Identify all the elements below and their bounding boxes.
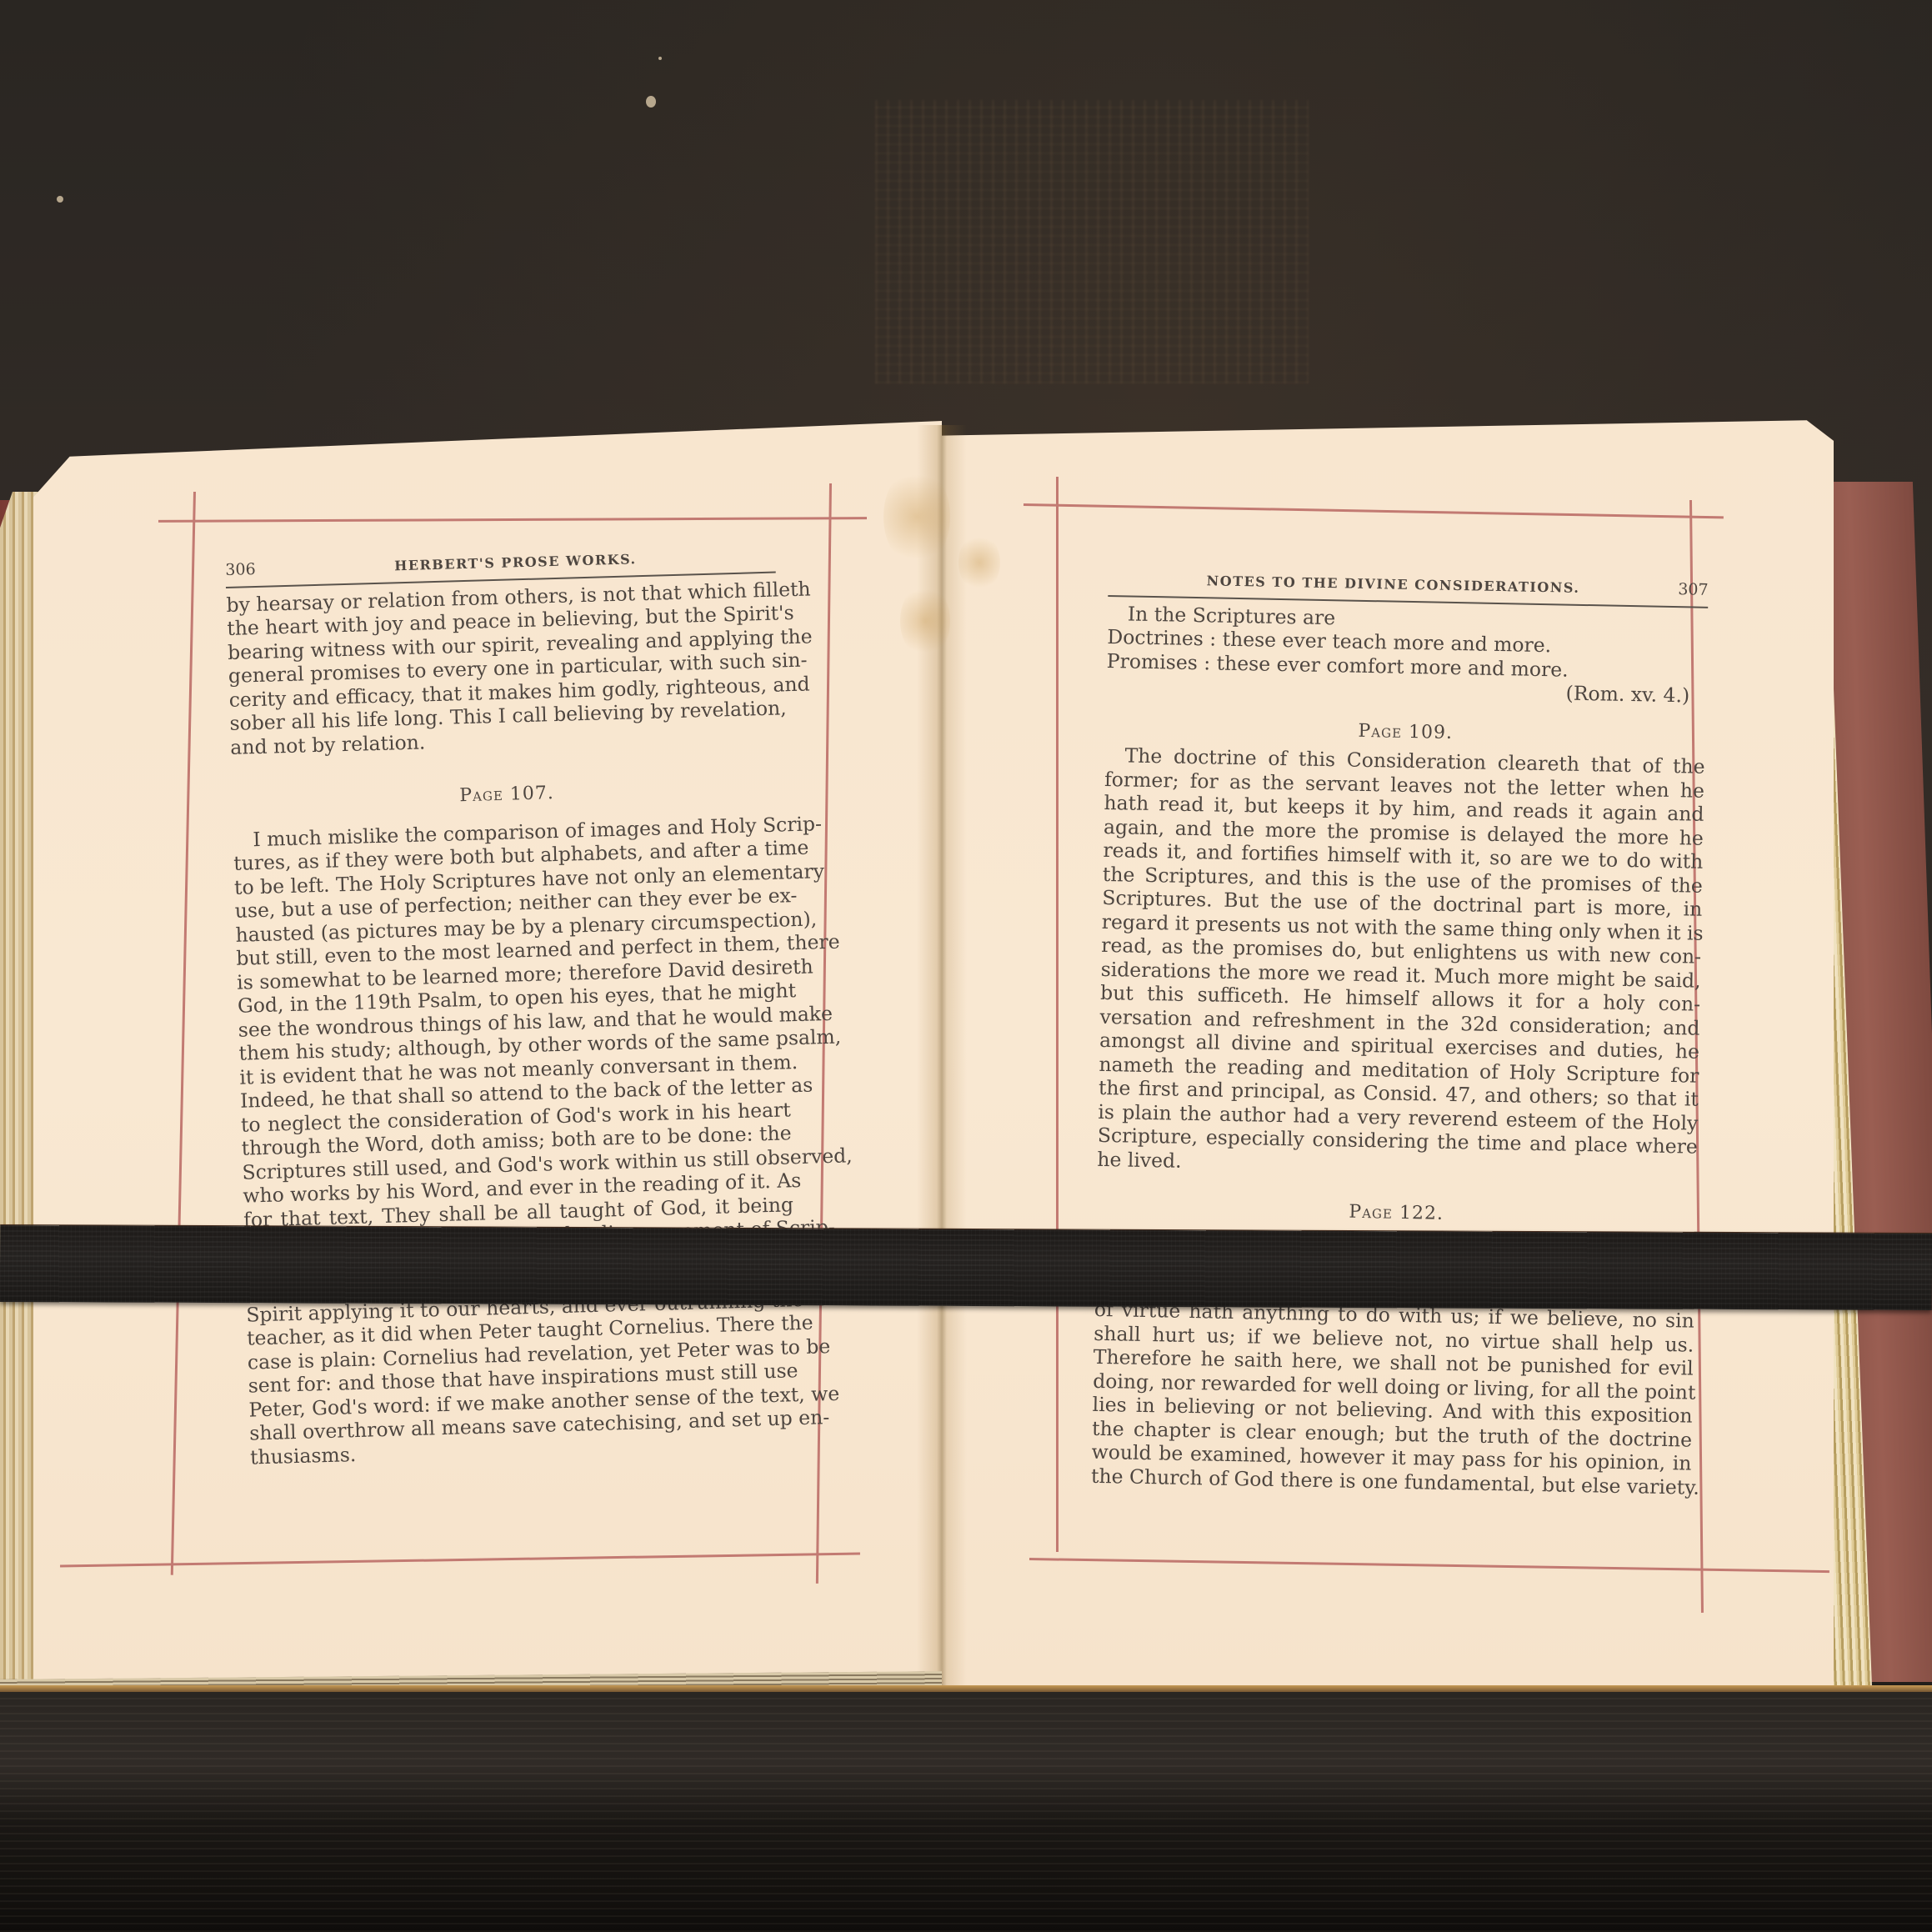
table-speck [57, 196, 63, 203]
elastic-strap [0, 1225, 1932, 1310]
table-speck [658, 57, 662, 60]
frame-rule-right-inner [1056, 477, 1059, 1552]
foxing-stain [883, 467, 950, 567]
foxing-stain [958, 533, 1000, 592]
table-wear-marks [875, 100, 1309, 383]
book-photo-scene: 306 HERBERT'S PROSE WORKS. by hearsay or… [0, 0, 1932, 1932]
left-page-text: 306 HERBERT'S PROSE WORKS. by hearsay or… [225, 543, 800, 1469]
table-speck [646, 96, 656, 108]
right-page-text: NOTES TO THE DIVINE CONSIDERATIONS. 307 … [1091, 567, 1709, 1499]
running-head-title: NOTES TO THE DIVINE CONSIDERATIONS. [1206, 569, 1579, 600]
page-number-307: 307 [1678, 578, 1709, 602]
page-number-306: 306 [225, 558, 256, 583]
section-heading-page-122: Page 122. [1096, 1196, 1696, 1231]
running-head-title: HERBERT'S PROSE WORKS. [394, 548, 637, 578]
wooden-book-stand [0, 1692, 1932, 1932]
section-heading-page-107: Page 107. [232, 775, 783, 814]
foxing-stain [900, 583, 950, 658]
